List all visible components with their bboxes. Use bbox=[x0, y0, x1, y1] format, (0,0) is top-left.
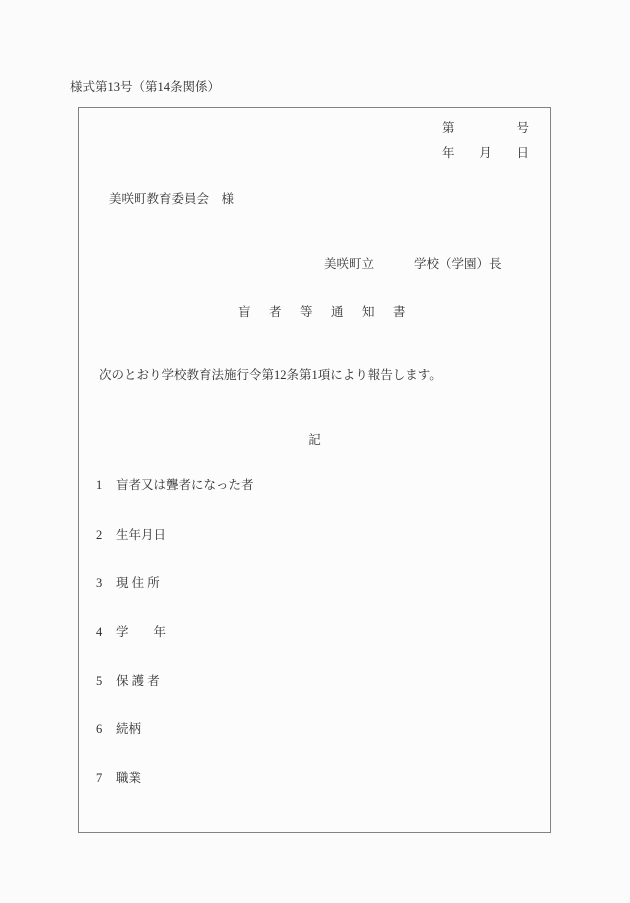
item-label: 現 住 所 bbox=[116, 577, 160, 590]
item-number: 5 bbox=[96, 675, 116, 688]
sender-prefix: 美咲町立 bbox=[324, 257, 374, 271]
list-item: 3 現 住 所 bbox=[96, 577, 160, 590]
document-title: 盲 者 等 通 知 書 bbox=[238, 306, 409, 319]
item-label: 盲者又は聾者になった者 bbox=[116, 479, 254, 492]
item-label: 学 年 bbox=[116, 626, 166, 639]
document-border-box: 第 号 年 月 日 美咲町教育委員会 様 美咲町立学校（学園）長 盲 者 等 通… bbox=[78, 107, 551, 833]
year-label: 年 bbox=[442, 147, 455, 160]
item-label: 保 護 者 bbox=[116, 675, 160, 688]
list-item: 4 学 年 bbox=[96, 626, 166, 639]
document-number-line: 第 号 bbox=[442, 122, 529, 135]
list-item: 6 続柄 bbox=[96, 723, 141, 736]
sender-line: 美咲町立学校（学園）長 bbox=[324, 258, 502, 271]
item-number: 4 bbox=[96, 626, 116, 639]
item-number: 3 bbox=[96, 577, 116, 590]
form-number-label: 様式第13号（第14条関係） bbox=[70, 81, 220, 94]
document-page: 様式第13号（第14条関係） 第 号 年 月 日 美咲町教育委員会 様 美咲町立… bbox=[0, 0, 630, 903]
item-number: 6 bbox=[96, 723, 116, 736]
item-number: 7 bbox=[96, 772, 116, 785]
body-statement: 次のとおり学校教育法施行令第12条第1項により報告します。 bbox=[99, 369, 442, 382]
document-date-line: 年 月 日 bbox=[442, 147, 529, 160]
item-number: 1 bbox=[96, 479, 116, 492]
ki-record-marker: 記 bbox=[79, 434, 550, 447]
list-item: 7 職業 bbox=[96, 772, 141, 785]
item-label: 生年月日 bbox=[116, 529, 166, 542]
list-item: 5 保 護 者 bbox=[96, 675, 160, 688]
list-item: 2 生年月日 bbox=[96, 529, 166, 542]
item-label: 職業 bbox=[116, 772, 141, 785]
sender-suffix: 学校（学園）長 bbox=[414, 257, 502, 271]
day-label: 日 bbox=[516, 147, 529, 160]
list-item: 1 盲者又は聾者になった者 bbox=[96, 479, 254, 492]
number-suffix-label: 号 bbox=[516, 122, 529, 135]
addressee-line: 美咲町教育委員会 様 bbox=[109, 193, 234, 206]
item-label: 続柄 bbox=[116, 723, 141, 736]
number-prefix-label: 第 bbox=[442, 122, 455, 135]
item-number: 2 bbox=[96, 529, 116, 542]
month-label: 月 bbox=[479, 147, 492, 160]
